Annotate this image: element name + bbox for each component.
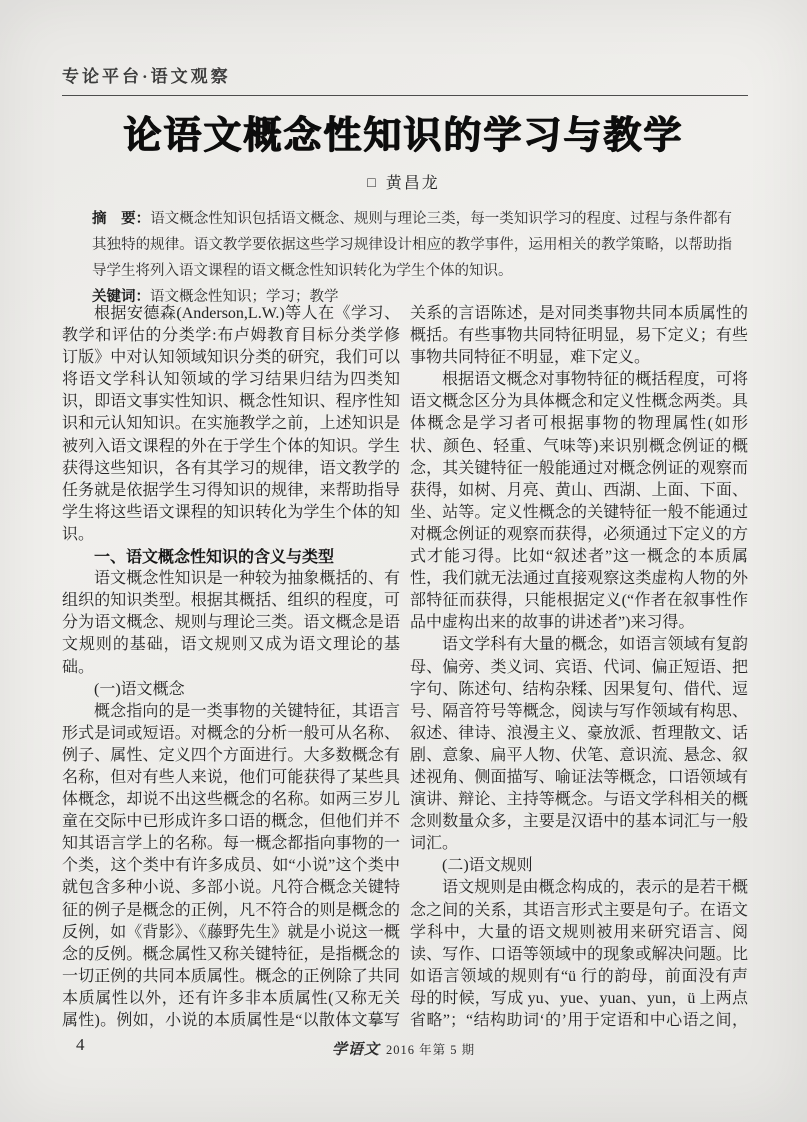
column-left: 根据安德森(Anderson,L.W.)等人在《学习、教学和评估的分类学:布卢姆… <box>62 303 400 1033</box>
body-paragraph: 语文学科有大量的概念，如语言领域有复韵母、偏旁、类义词、宾语、代词、偏正短语、把… <box>410 634 748 855</box>
column-banner: 专论平台·语文观察 <box>62 62 231 87</box>
footer-journal-line: 学语文2016 年第 5 期 <box>0 1038 807 1059</box>
section-heading: 一、语文概念性知识的含义与类型 <box>62 546 400 568</box>
abstract-text: 语文概念性知识包括语文概念、规则与理论三类，每一类知识学习的程度、过程与条件都有… <box>92 211 732 279</box>
abstract-label: 摘 要： <box>92 211 150 227</box>
author-line: □黄昌龙 <box>0 170 807 193</box>
body-paragraph: 关系的言语陈述，是对同类事物共同本质属性的概括。有些事物共同特征明显，易下定义；… <box>410 303 748 369</box>
journal-page: 专论平台·语文观察 论语文概念性知识的学习与教学 □黄昌龙 摘 要：语文概念性知… <box>0 0 807 1122</box>
body-paragraph: 概念指向的是一类事物的关键特征，其语言形式是词或短语。对概念的分析一般可从名称、… <box>62 701 400 1033</box>
body-paragraph: 根据安德森(Anderson,L.W.)等人在《学习、教学和评估的分类学:布卢姆… <box>62 303 400 546</box>
section-heading: (二)语文规则 <box>410 855 748 877</box>
author-marker-icon: □ <box>367 176 377 191</box>
footer-issue: 2016 年第 5 期 <box>386 1043 475 1057</box>
body-paragraph: 语文规则是由概念构成的，表示的是若干概念之间的关系，其语言形式主要是句子。在语文… <box>410 877 748 1033</box>
header-divider <box>62 95 748 96</box>
section-heading: (一)语文概念 <box>62 679 400 701</box>
abstract-block: 摘 要：语文概念性知识包括语文概念、规则与理论三类，每一类知识学习的程度、过程与… <box>92 206 732 310</box>
body-columns: 根据安德森(Anderson,L.W.)等人在《学习、教学和评估的分类学:布卢姆… <box>62 303 748 1033</box>
column-right: 关系的言语陈述，是对同类事物共同本质属性的概括。有些事物共同特征明显，易下定义；… <box>410 303 748 1033</box>
author-name: 黄昌龙 <box>386 175 440 192</box>
footer-journal-name: 学语文 <box>332 1042 380 1058</box>
body-paragraph: 根据语文概念对事物特征的概括程度，可将语文概念区分为具体概念和定义性概念两类。具… <box>410 369 748 634</box>
article-title: 论语文概念性知识的学习与教学 <box>0 104 807 159</box>
abstract-paragraph: 摘 要：语文概念性知识包括语文概念、规则与理论三类，每一类知识学习的程度、过程与… <box>92 206 732 284</box>
body-paragraph: 语文概念性知识是一种较为抽象概括的、有组织的知识类型。根据其概括、组织的程度，可… <box>62 568 400 678</box>
